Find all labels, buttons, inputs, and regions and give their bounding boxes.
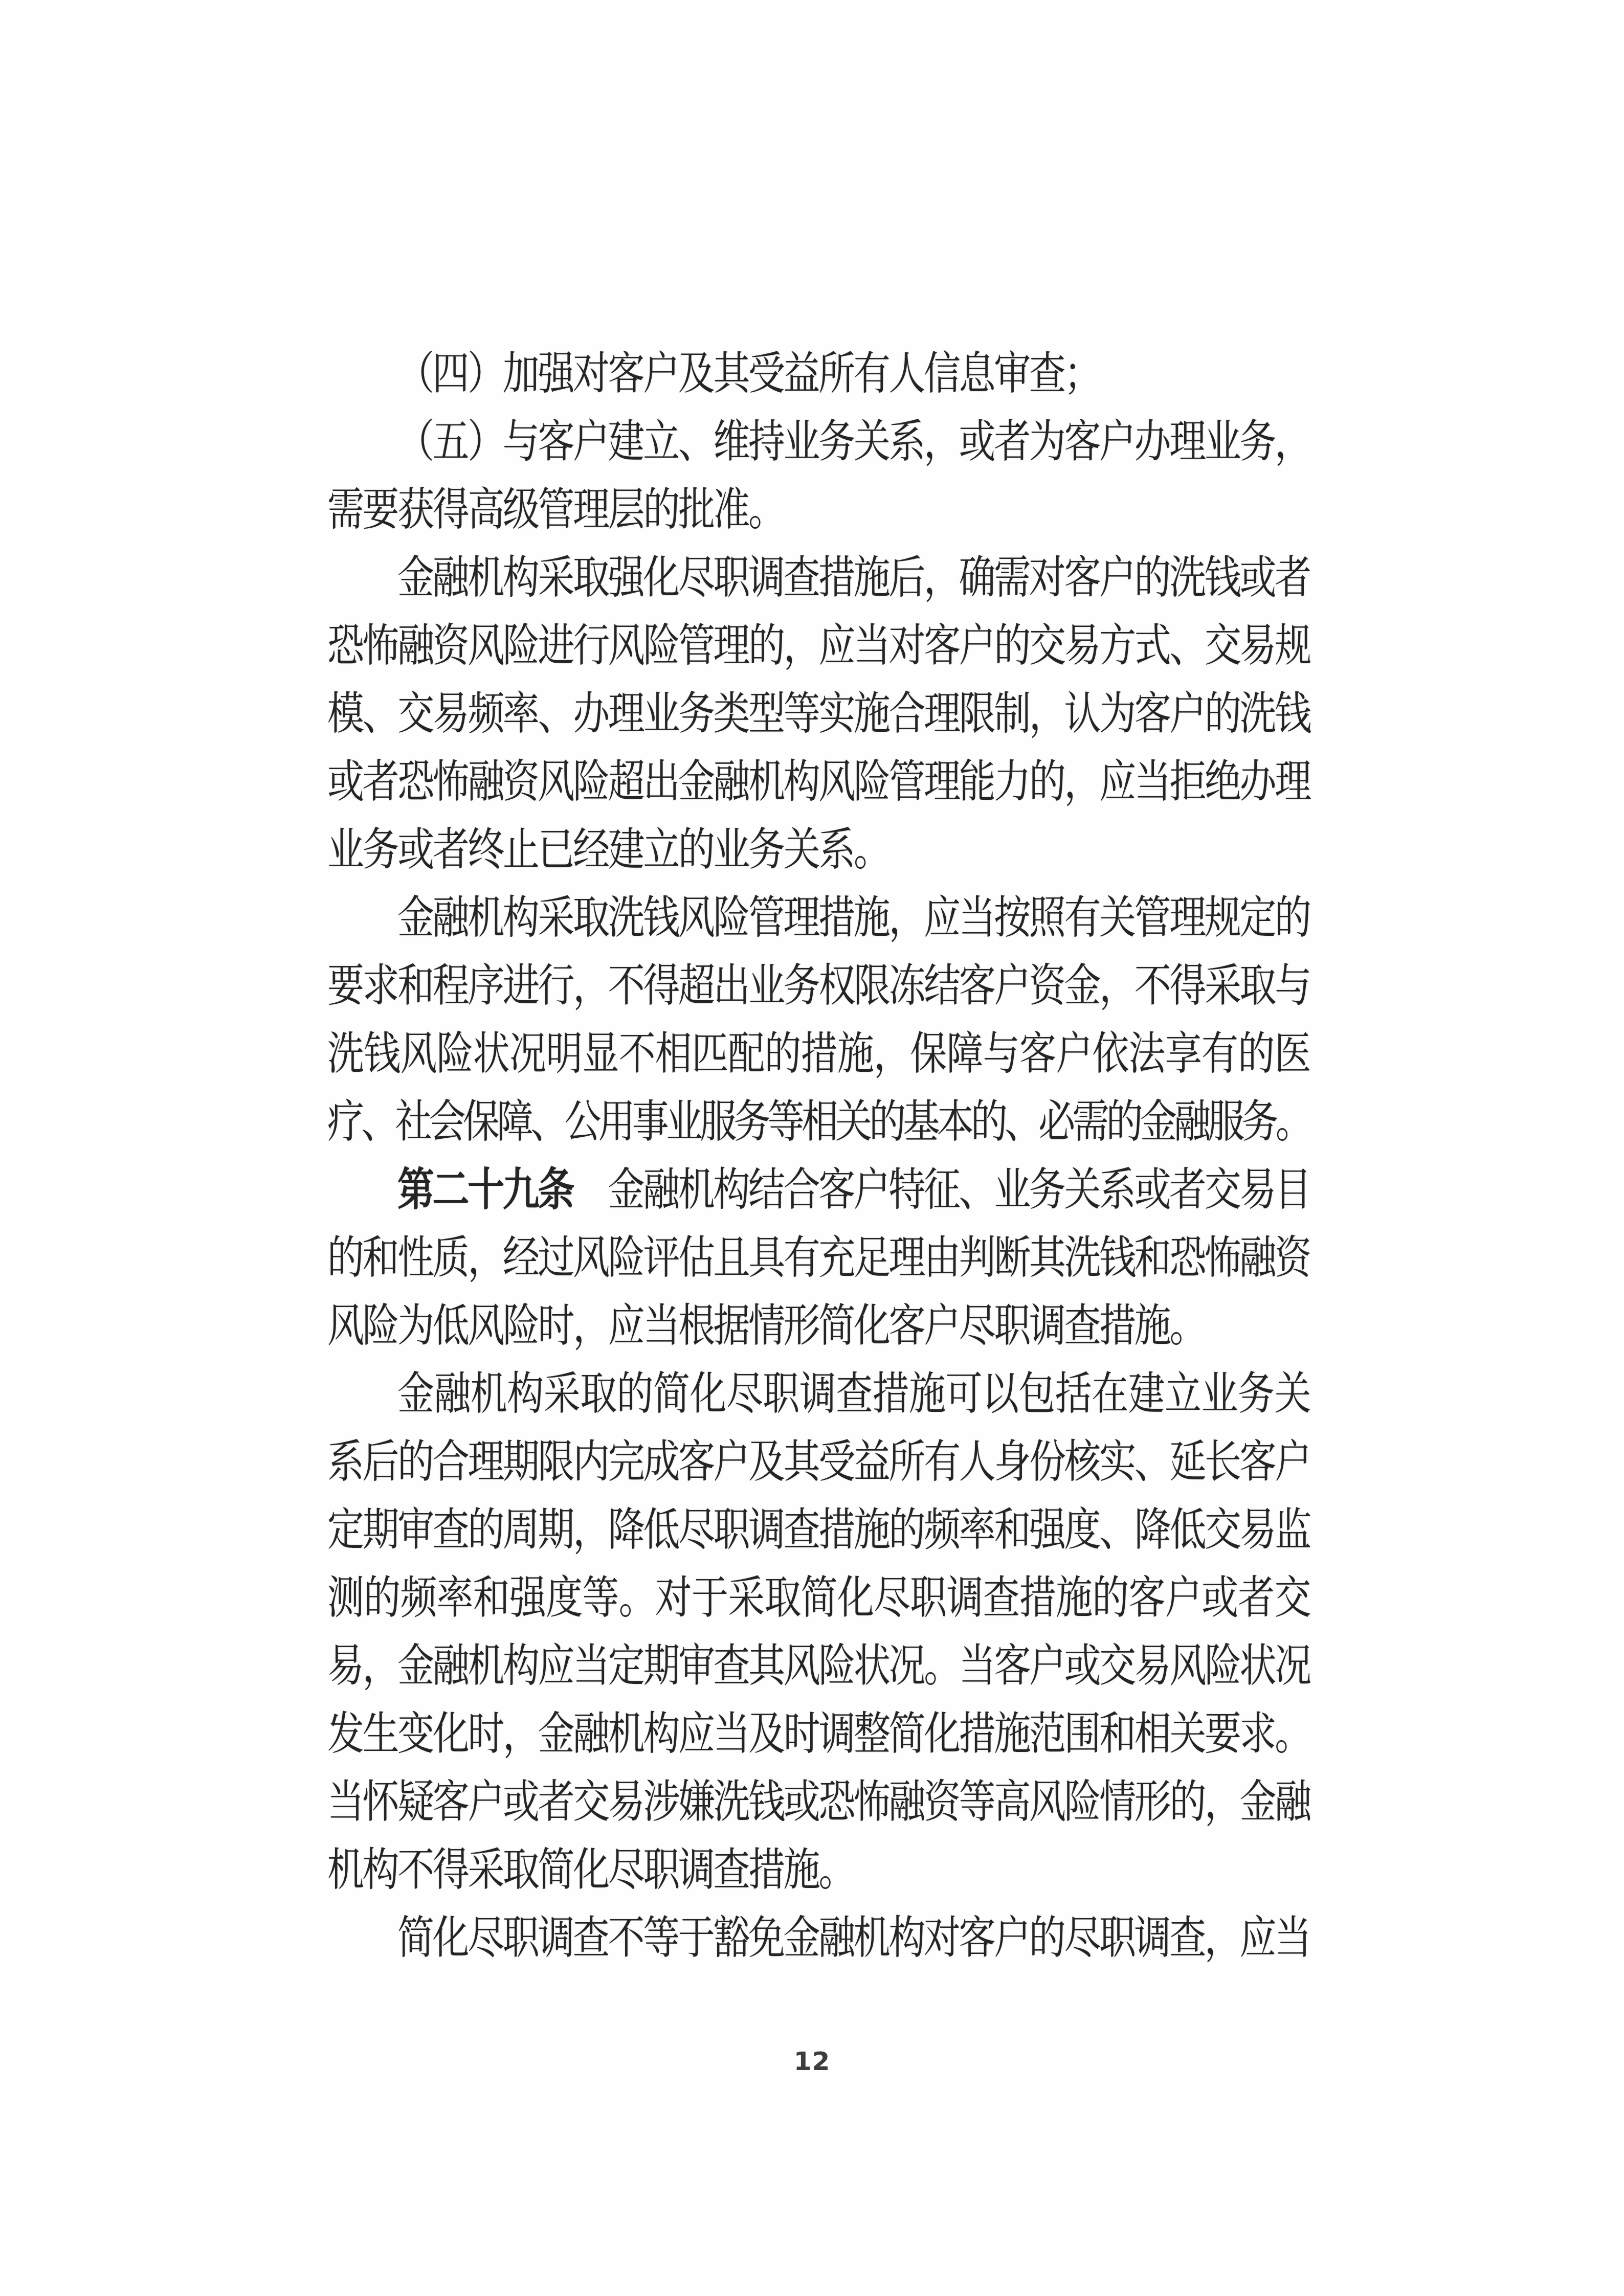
document-page: （四）加强对客户及其受益所有人信息审查；（五）与客户建立、维持业务关系，或者为客… xyxy=(0,0,1624,2296)
document-body: （四）加强对客户及其受益所有人信息审查；（五）与客户建立、维持业务关系，或者为客… xyxy=(327,340,1309,1972)
text-line: 简化尽职调查不等于豁免金融机构对客户的尽职调查，应当 xyxy=(327,1897,1309,1979)
page-number: 12 xyxy=(0,2046,1624,2076)
article-number: 第二十九条 xyxy=(397,1165,573,1215)
